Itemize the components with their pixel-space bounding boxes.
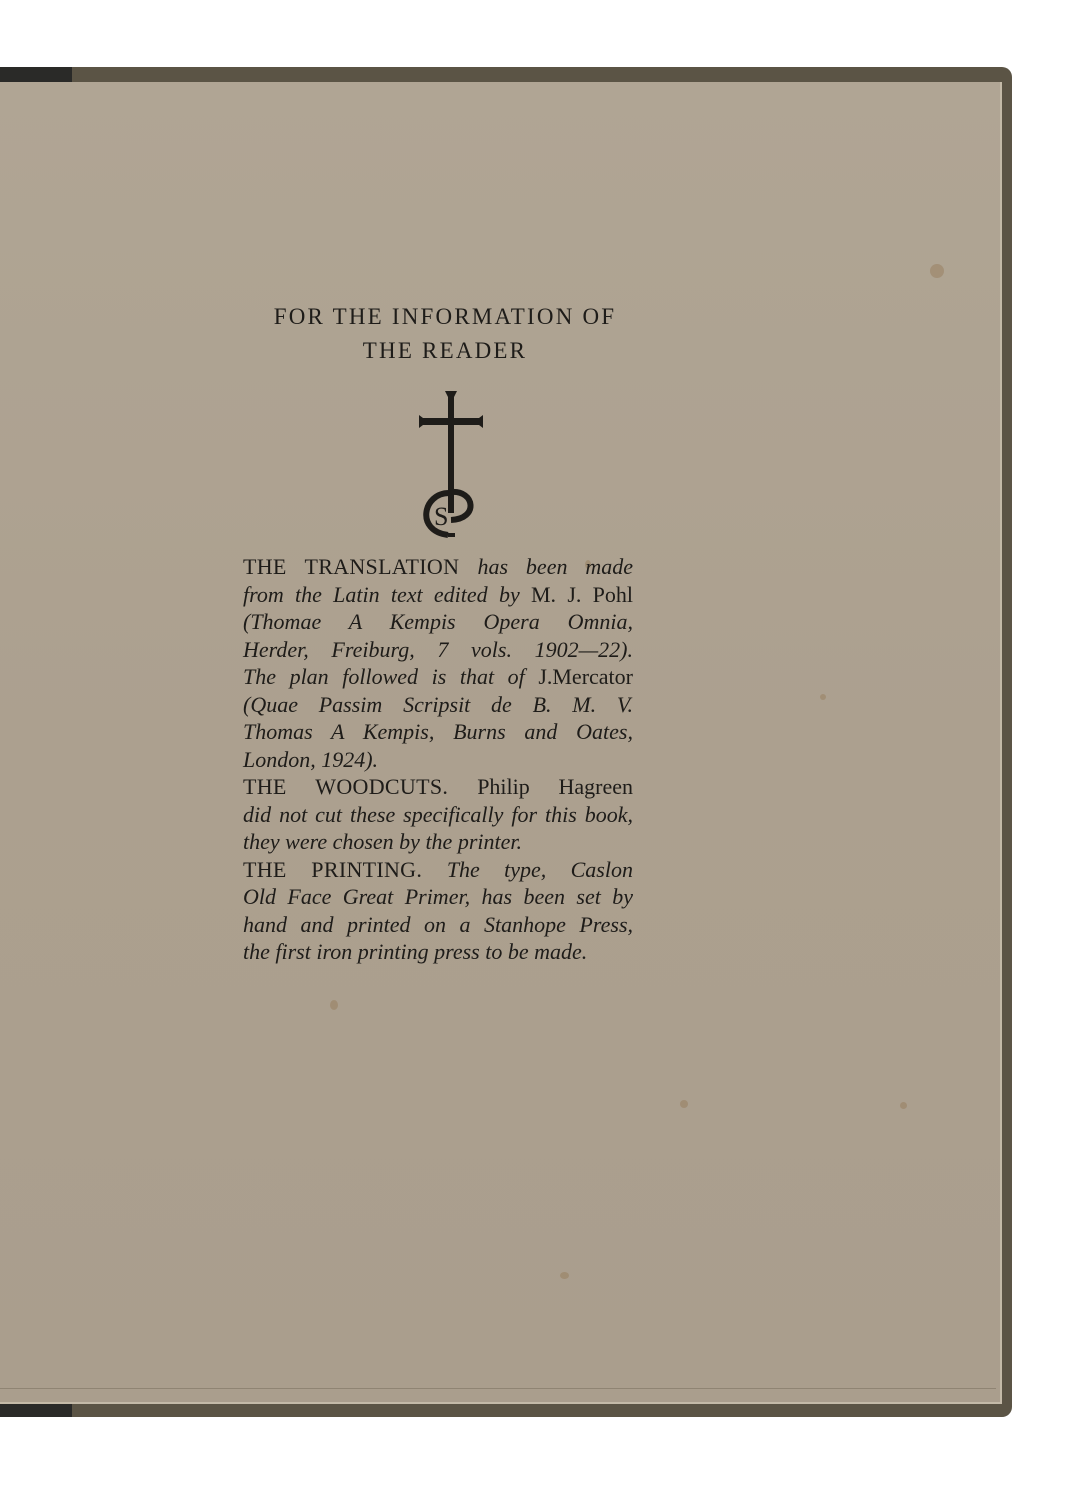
text-line: from the Latin text edited by: [243, 582, 531, 607]
text-line: has been made: [477, 554, 633, 579]
section-woodcuts: THE WOODCUTS. Philip Hagreen did not cut…: [243, 773, 633, 856]
foxing-spot: [680, 1100, 688, 1108]
section-heading: THE PRINTING.: [243, 857, 447, 882]
author-name: J.Mercator: [538, 664, 633, 689]
text-line: Herder, Freiburg, 7 vols. 1902—22).: [243, 637, 633, 662]
text-line: did not cut these specifically for this …: [243, 802, 633, 827]
text-line: the first iron printing press to be made…: [243, 939, 587, 964]
text-line: Old Face Great Primer, has been set by: [243, 884, 633, 909]
cross-with-sp-monogram-icon: S: [405, 385, 495, 540]
text-line: The type, Caslon: [447, 857, 633, 882]
text-line: Thomas A Kempis, Burns and Oates,: [243, 719, 633, 744]
text-line: (Thomae A Kempis Opera Omnia,: [243, 609, 633, 634]
colophon-text: THE TRANSLATION has been made from the L…: [243, 553, 633, 966]
page-heading: FOR THE INFORMATION OF THE READER: [240, 300, 650, 368]
foxing-spot: [900, 1102, 907, 1109]
text-line: they were chosen by the printer.: [243, 829, 522, 854]
svg-text:S: S: [434, 502, 448, 531]
text-line: (Quae Passim Scripsit de B. M. V.: [243, 692, 633, 717]
heading-line-2: THE READER: [240, 334, 650, 368]
page-edge-line: [0, 1388, 996, 1389]
artist-name: Philip Hagreen: [477, 774, 633, 799]
foxing-spot: [560, 1272, 569, 1279]
editor-name: M. J. Pohl: [531, 582, 633, 607]
foxing-spot: [930, 264, 944, 278]
foxing-spot: [820, 694, 826, 700]
text-line: The plan followed is that of: [243, 664, 538, 689]
heading-line-1: FOR THE INFORMATION OF: [240, 300, 650, 334]
foxing-spot: [330, 1000, 338, 1010]
text-line: London, 1924).: [243, 747, 378, 772]
text-line: hand and printed on a Stanhope Press,: [243, 912, 633, 937]
section-heading: THE TRANSLATION: [243, 554, 477, 579]
section-printing: THE PRINTING. The type, Caslon Old Face …: [243, 856, 633, 966]
section-heading: THE WOODCUTS.: [243, 774, 477, 799]
section-translation: THE TRANSLATION has been made from the L…: [243, 553, 633, 773]
